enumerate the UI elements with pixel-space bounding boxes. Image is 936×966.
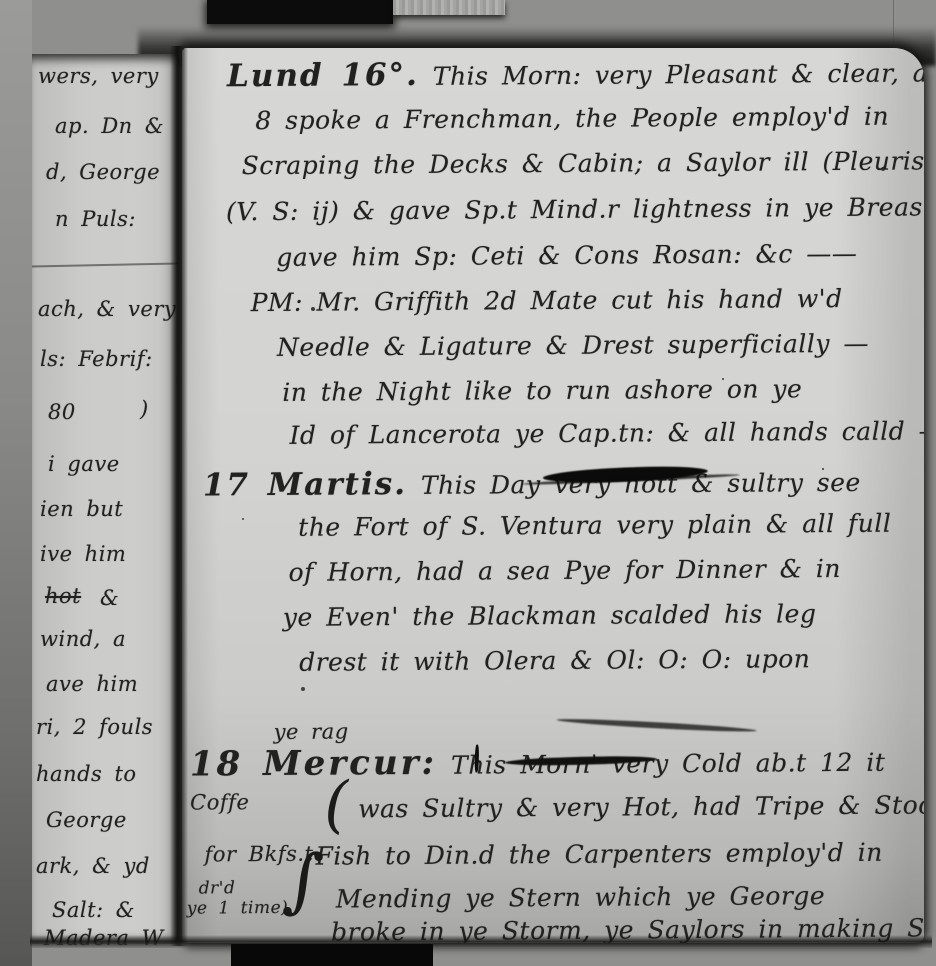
book-binding-shadow [170, 46, 188, 946]
left-fragment-struck: hot [45, 584, 81, 608]
left-fragment: ark, & yd [36, 854, 150, 878]
left-fragment: ri, 2 fouls [36, 715, 153, 739]
left-fragment: ap. Dn & [55, 114, 164, 138]
entry-line: (V. S: ij) & gave Sp.t Mind.r lightness … [226, 192, 924, 226]
scanner-black-bar-top [207, 0, 393, 24]
entry-line: gave him Sp: Ceti & Cons Rosan: &c —— [276, 239, 857, 272]
entry-line: drest it with Olera & Ol: O: O: upon [299, 644, 810, 677]
entry-line: Mending ye Stern which ye George [336, 881, 826, 913]
entry-text: This Morn: very Pleasant & clear, at [433, 58, 924, 91]
manuscript-scan: wers, very ap. Dn & d, George n Puls: ac… [0, 0, 936, 966]
left-fragment: ls: Febrif: [40, 347, 153, 371]
left-fragment: ive him [40, 542, 126, 566]
entry-line: Fish to Din.d the Carpenters employ'd in [315, 838, 882, 871]
left-fragment: wind, a [40, 627, 126, 651]
page-bottom-shadow [30, 935, 932, 948]
journal-page: Lund 16°.This Morn: very Pleasant & clea… [182, 48, 924, 943]
entry-line: ye Even' the Blackman scalded his leg [283, 599, 817, 632]
left-fragment: ien but [40, 497, 123, 521]
left-page-sliver: wers, very ap. Dn & d, George n Puls: ac… [32, 54, 178, 944]
margin-brace-stroke: ∫ [281, 836, 327, 923]
left-fragment: wers, very [38, 64, 159, 88]
entry-line: of Horn, had a sea Pye for Dinner & in [288, 554, 841, 587]
date-heading: 18 Mercur: [190, 743, 437, 785]
margin-note-coffee: Coffe [190, 790, 249, 814]
margin-note-rag: ye rag [274, 719, 349, 744]
scan-left-gutter [0, 0, 32, 966]
left-fragment: i gave [48, 452, 120, 476]
entry-line: Lund 16°.This Morn: very Pleasant & clea… [227, 53, 924, 94]
scanner-light-strip [393, 0, 505, 15]
left-fragment: d, George [46, 160, 160, 184]
journal-page-text: Lund 16°.This Morn: very Pleasant & clea… [182, 48, 924, 943]
entry-line: Needle & Ligature & Drest superficially … [277, 329, 869, 362]
date-heading: Lund 16°. [227, 57, 419, 94]
left-fragment: n Puls: [55, 207, 136, 231]
entry-line: 8 spoke a Frenchman, the People employ'd… [255, 102, 889, 135]
left-fragment: hands to [36, 762, 137, 786]
left-fragment: 80 [48, 400, 76, 424]
left-fragment: Salt: & [52, 898, 135, 922]
entry-line: the Fort of S. Ventura very plain & all … [298, 509, 891, 542]
entry-line: PM: Mr. Griffith 2d Mate cut his hand w'… [251, 284, 843, 317]
scanner-black-bar-bottom [231, 944, 433, 966]
entry-line: Id of Lancerota ye Cap.tn: & all hands c… [289, 416, 924, 450]
left-page-divider-rule [32, 262, 178, 267]
entry-line: Scraping the Decks & Cabin; a Saylor ill… [242, 146, 924, 180]
left-fragment: & [100, 586, 119, 610]
ink-smear [557, 717, 757, 734]
entry-line: was Sultry & very Hot, had Tripe & Stock… [358, 790, 924, 823]
left-fragment: ) [140, 397, 149, 421]
margin-note-time: ye 1 time) [187, 898, 289, 919]
left-fragment: ave him [46, 672, 138, 696]
left-fragment: ach, & very [38, 297, 176, 321]
left-fragment: George [46, 808, 127, 832]
margin-open-paren: ( [324, 767, 349, 840]
entry-line: in the Night like to run ashore on ye [282, 374, 802, 407]
date-heading: 17 Martis. [203, 466, 407, 503]
margin-note-dressed: dr'd [199, 878, 236, 898]
